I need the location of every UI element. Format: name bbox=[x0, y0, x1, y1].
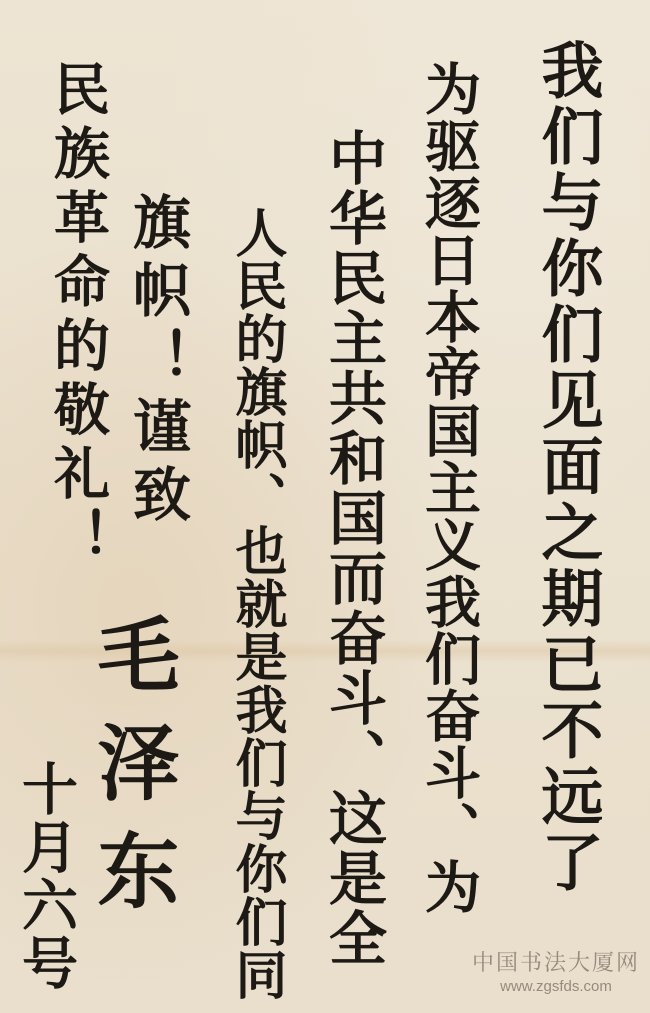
text-column-4: 人民的旗帜、也就是我们与你们同 bbox=[226, 206, 286, 1001]
signature: 毛泽东 bbox=[84, 612, 180, 936]
text-column-5: 旗帜！谨致 bbox=[126, 192, 188, 532]
watermark-site-name: 中国书法大厦网 bbox=[472, 946, 640, 977]
date: 十月六号 bbox=[16, 760, 76, 992]
watermark: 中国书法大厦网 www.zgsfds.com bbox=[472, 946, 640, 995]
text-column-3: 中华民主共和国而奋斗、这是全 bbox=[322, 128, 384, 968]
watermark-url: www.zgsfds.com bbox=[472, 978, 640, 995]
text-column-1: 我们与你们见面之期已不远了 bbox=[532, 38, 602, 896]
text-column-6: 民族革命的敬礼！ bbox=[46, 60, 110, 572]
text-column-2: 为驱逐日本帝国主义我们奋斗、为 bbox=[418, 60, 480, 915]
